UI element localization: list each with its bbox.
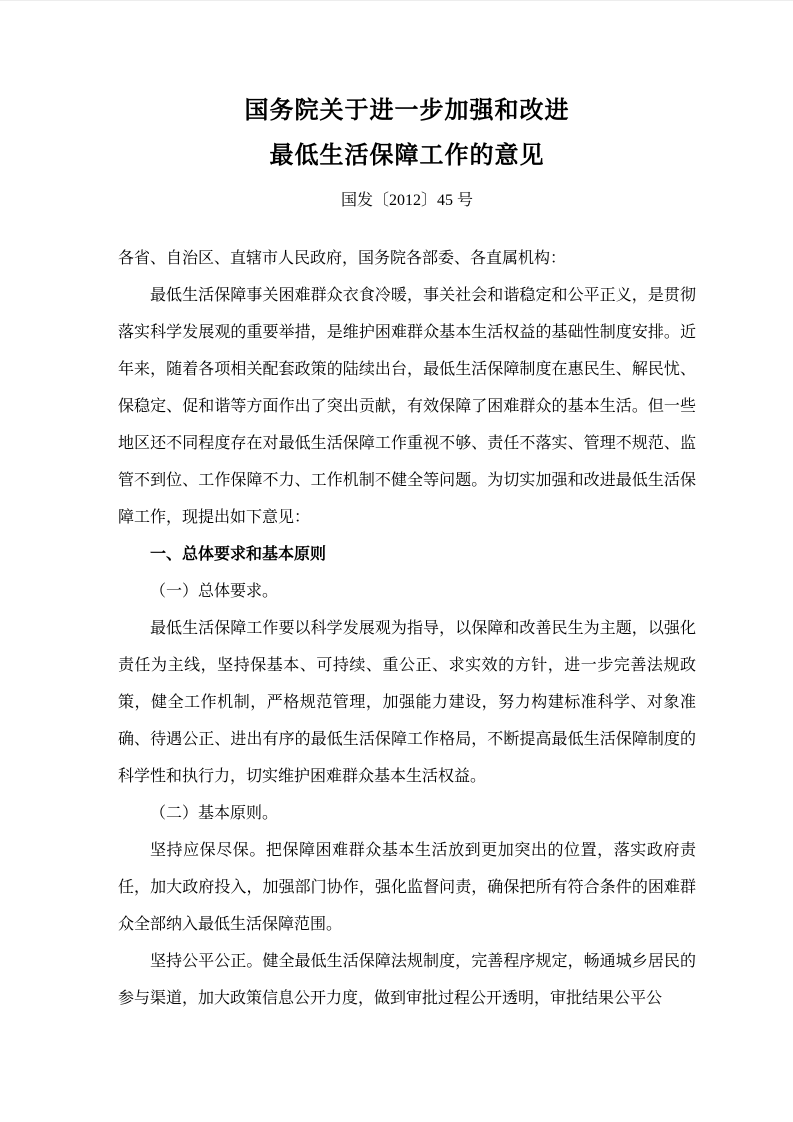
document-number: 国发〔2012〕45 号 xyxy=(118,178,696,223)
section-heading-1: 一、总体要求和基本原则 xyxy=(118,536,696,573)
document-title-line-1: 国务院关于进一步加强和改进 xyxy=(118,88,696,133)
principle-paragraph-1: 坚持应保尽保。把保障困难群众基本生活放到更加突出的位置，落实政府责任，加大政府投… xyxy=(118,832,696,943)
intro-paragraph: 最低生活保障事关困难群众衣食冷暖，事关社会和谐稳定和公平正义，是贯彻落实科学发展… xyxy=(118,277,696,536)
principle-paragraph-2-truncated: 坚持公平公正。健全最低生活保障法规制度，完善程序规定，畅通城乡居民的参与渠道，加… xyxy=(118,943,696,1017)
subsection-heading-1-1: （一）总体要求。 xyxy=(118,573,696,610)
salutation-line: 各省、自治区、直辖市人民政府，国务院各部委、各直属机构： xyxy=(118,240,696,277)
document-body: 各省、自治区、直辖市人民政府，国务院各部委、各直属机构： 最低生活保障事关困难群… xyxy=(118,240,696,1017)
document-title-line-2: 最低生活保障工作的意见 xyxy=(118,133,696,178)
subsection-heading-1-2: （二）基本原则。 xyxy=(118,795,696,832)
document-page: 国务院关于进一步加强和改进 最低生活保障工作的意见 国发〔2012〕45 号 各… xyxy=(0,0,793,1122)
overall-requirements-paragraph: 最低生活保障工作要以科学发展观为指导，以保障和改善民生为主题，以强化责任为主线，… xyxy=(118,610,696,795)
